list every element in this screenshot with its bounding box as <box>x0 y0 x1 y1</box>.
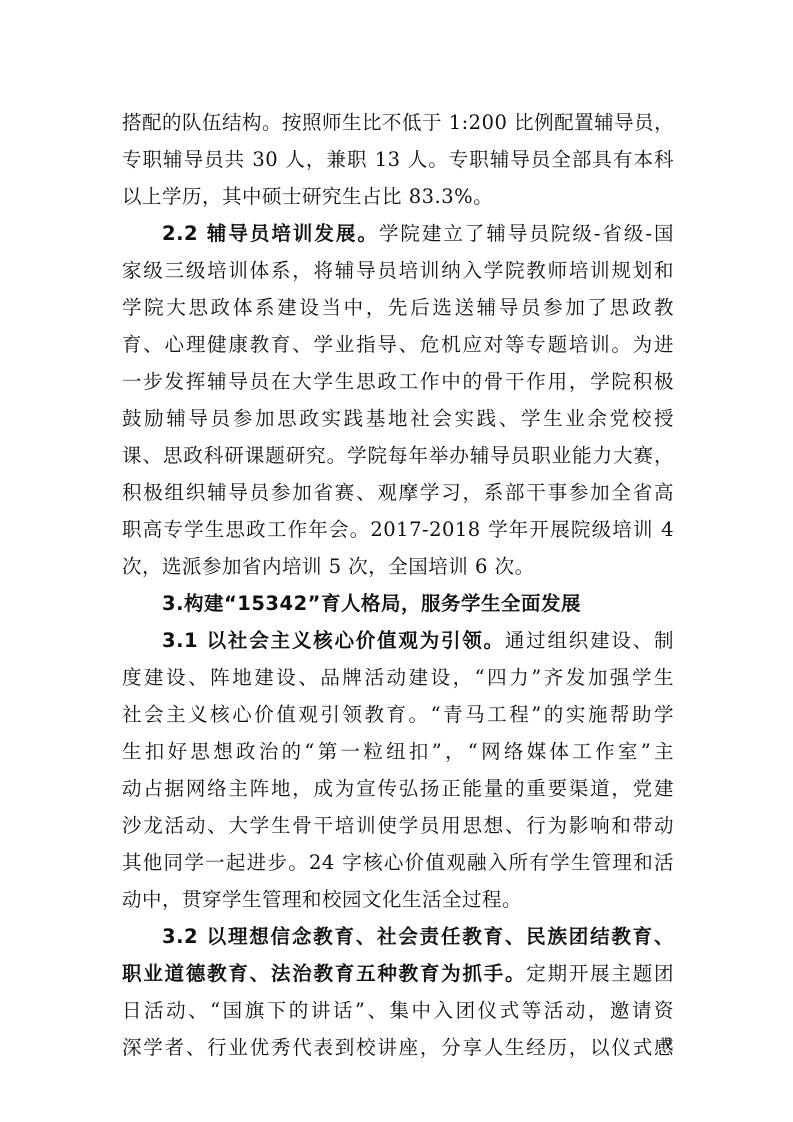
text-line: 一步发挥辅导员在大学生思政工作中的骨干作用，学院积极 <box>122 363 674 400</box>
text-line: 生扣好思想政治的“第一粒纽扣”，“网络媒体工作室”主 <box>122 733 674 770</box>
text-line: 积极组织辅导员参加省赛、观摩学习，系部干事参加全省高 <box>122 474 674 511</box>
line-text: 以上学历，其中硕士研究生占比 83.3%。 <box>122 185 493 208</box>
text-line: 搭配的队伍结构。按照师生比不低于 1:200 比例配置辅导员， <box>122 104 674 141</box>
text-line: 以上学历，其中硕士研究生占比 83.3%。 <box>122 178 674 215</box>
text-line: 职高专学生思政工作年会。2017-2018 学年开展院级培训 4 <box>122 511 674 548</box>
line-text: 动占据网络主阵地，成为宣传弘扬正能量的重要渠道，党建 <box>122 777 674 800</box>
text-line: 其他同学一起进步。24 字核心价值观融入所有学生管理和活 <box>122 844 674 881</box>
line-text: 沙龙活动、大学生骨干培训使学员用思想、行为影响和带动 <box>122 814 674 837</box>
text-line: 动中，贯穿学生管理和校园文化生活全过程。 <box>122 881 674 918</box>
line-text: 度建设、阵地建设、品牌活动建设，“四力”齐发加强学生 <box>122 666 674 689</box>
line-text: 育、心理健康教育、学业指导、危机应对等专题培训。为进 <box>122 333 674 356</box>
line-text: 次，选派参加省内培训 5 次，全国培训 6 次。 <box>122 555 535 578</box>
line-text: 职高专学生思政工作年会。2017-2018 学年开展院级培训 4 <box>122 518 674 541</box>
line-text: 生扣好思想政治的“第一粒纽扣”，“网络媒体工作室”主 <box>122 740 674 763</box>
text-line: 动占据网络主阵地，成为宣传弘扬正能量的重要渠道，党建 <box>122 770 674 807</box>
document-page: 搭配的队伍结构。按照师生比不低于 1:200 比例配置辅导员， 专职辅导员共 3… <box>0 0 793 1122</box>
section-3-2-first-line: 3.2 以理想信念教育、社会责任教育、民族团结教育、 <box>122 918 674 955</box>
text-line: 学院大思政体系建设当中，先后选送辅导员参加了思政教 <box>122 289 674 326</box>
line-text: 定期开展主题团 <box>526 962 674 985</box>
line-text: 社会主义核心价值观引领教育。“青马工程”的实施帮助学 <box>122 703 674 726</box>
section-heading-3: 3.构建“15342”育人格局，服务学生全面发展 <box>122 585 674 622</box>
line-text: 学院建立了辅导员院级-省级-国 <box>379 222 674 245</box>
line-text: 深学者、行业优秀代表到校讲座，分享人生经历，以仪式感 <box>122 1036 674 1059</box>
line-text: 家级三级培训体系，将辅导员培训纳入学院教师培训规划和 <box>122 259 674 282</box>
document-body: 搭配的队伍结构。按照师生比不低于 1:200 比例配置辅导员， 专职辅导员共 3… <box>122 104 674 1066</box>
line-text: 一步发挥辅导员在大学生思政工作中的骨干作用，学院积极 <box>122 370 674 393</box>
line-text: 鼓励辅导员参加思政实践基地社会实践、学生业余党校授 <box>122 407 674 430</box>
text-line: 鼓励辅导员参加思政实践基地社会实践、学生业余党校授 <box>122 400 674 437</box>
text-line: 专职辅导员共 30 人，兼职 13 人。专职辅导员全部具有本科 <box>122 141 674 178</box>
text-line: 日活动、“国旗下的讲话”、集中入团仪式等活动，邀请资 <box>122 992 674 1029</box>
line-text: 学院大思政体系建设当中，先后选送辅导员参加了思政教 <box>122 296 674 319</box>
line-text: 专职辅导员共 30 人，兼职 13 人。专职辅导员全部具有本科 <box>122 148 674 171</box>
section-3-2-second-line: 职业道德教育、法治教育五种教育为抓手。定期开展主题团 <box>122 955 674 992</box>
line-text: 日活动、“国旗下的讲话”、集中入团仪式等活动，邀请资 <box>122 999 674 1022</box>
line-text: 动中，贯穿学生管理和校园文化生活全过程。 <box>122 888 522 911</box>
section-2-2-first-line: 2.2 辅导员培训发展。学院建立了辅导员院级-省级-国 <box>122 215 674 252</box>
line-text: 搭配的队伍结构。按照师生比不低于 1:200 比例配置辅导员， <box>122 111 674 134</box>
text-line: 沙龙活动、大学生骨干培训使学员用思想、行为影响和带动 <box>122 807 674 844</box>
text-line: 家级三级培训体系，将辅导员培训纳入学院教师培训规划和 <box>122 252 674 289</box>
text-line: 次，选派参加省内培训 5 次，全国培训 6 次。 <box>122 548 674 585</box>
line-text: 其他同学一起进步。24 字核心价值观融入所有学生管理和活 <box>122 851 674 874</box>
page-number: 13 <box>660 1036 672 1048</box>
section-heading-3-2-cont: 职业道德教育、法治教育五种教育为抓手。 <box>122 962 526 985</box>
line-text: 通过组织建设、制 <box>505 629 674 652</box>
line-text: 积极组织辅导员参加省赛、观摩学习，系部干事参加全省高 <box>122 481 674 504</box>
text-line: 度建设、阵地建设、品牌活动建设，“四力”齐发加强学生 <box>122 659 674 696</box>
section-heading-2-2: 2.2 辅导员培训发展。 <box>162 222 379 245</box>
line-text: 课、思政科研课题研究。学院每年举办辅导员职业能力大赛， <box>122 444 674 467</box>
text-line: 育、心理健康教育、学业指导、危机应对等专题培训。为进 <box>122 326 674 363</box>
section-heading-3-2: 3.2 以理想信念教育、社会责任教育、民族团结教育、 <box>162 925 674 948</box>
section-heading-3-1: 3.1 以社会主义核心价值观为引领。 <box>162 629 505 652</box>
heading-text: 3.构建“15342”育人格局，服务学生全面发展 <box>162 592 581 615</box>
text-line: 深学者、行业优秀代表到校讲座，分享人生经历，以仪式感 <box>122 1029 674 1066</box>
section-3-1-first-line: 3.1 以社会主义核心价值观为引领。通过组织建设、制 <box>122 622 674 659</box>
text-line: 社会主义核心价值观引领教育。“青马工程”的实施帮助学 <box>122 696 674 733</box>
text-line: 课、思政科研课题研究。学院每年举办辅导员职业能力大赛， <box>122 437 674 474</box>
